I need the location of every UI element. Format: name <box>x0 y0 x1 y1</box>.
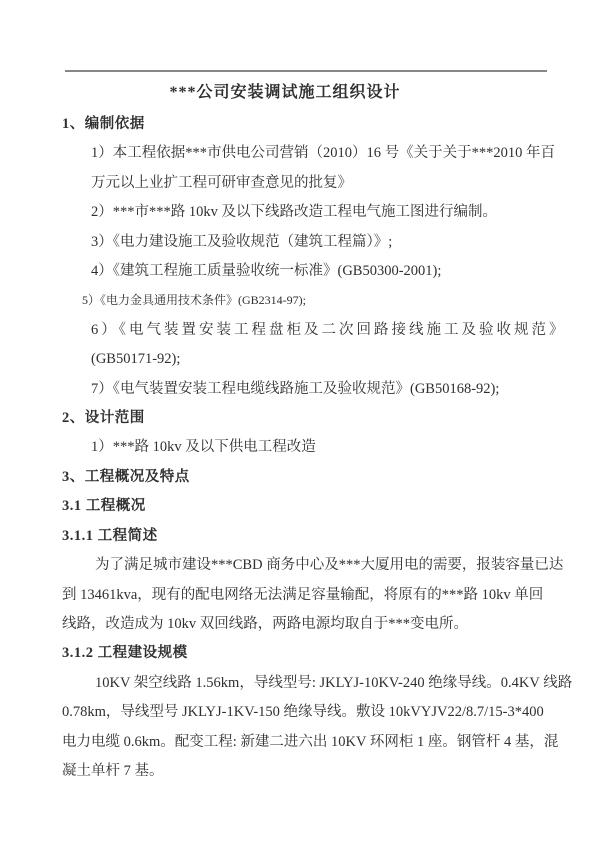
header-rule <box>65 70 547 72</box>
section-1-item-7: 7）《电气装置安装工程电缆线路施工及验收规范》(GB50168-92); <box>62 375 554 404</box>
document-title: ***公司安装调试施工组织设计 <box>40 79 530 102</box>
section-3-1-1-heading: 3.1.1 工程简述 <box>62 522 554 551</box>
section-3-1-1-paragraph-line-3: 线路，改造成为 10kv 双回线路，两路电源均取自于***变电所。 <box>62 610 554 639</box>
section-1-item-2: 2）***市***路 10kv 及以下线路改造工程电气施工图进行编制。 <box>62 198 554 227</box>
section-3-1-heading: 3.1 工程概况 <box>62 492 554 521</box>
document-page: ***公司安装调试施工组织设计 1、编制依据 1）本工程依据***市供电公司营销… <box>0 0 600 849</box>
section-1-item-5: 5）《电力金具通用技术条件》(GB2314-97); <box>62 286 554 315</box>
section-1-item-1-line-2: 万元以上业扩工程可研审查意见的批复》 <box>62 169 554 198</box>
section-1-item-6-line-1: 6）《电气装置安装工程盘柜及二次回路接线施工及验收规范》 <box>62 316 554 345</box>
section-1-item-6-line-2: (GB50171-92); <box>62 345 554 374</box>
section-3-1-2-paragraph-line-2: 0.78km，导线型号 JKLYJ-1KV-150 绝缘导线。敷设 10kVYJ… <box>62 698 554 727</box>
section-3-1-2-paragraph-line-4: 凝土单杆 7 基。 <box>62 757 554 786</box>
section-3-heading: 3、工程概况及特点 <box>62 463 554 492</box>
document-body: 1、编制依据 1）本工程依据***市供电公司营销（2010）16 号《关于关于*… <box>62 110 554 786</box>
section-3-1-1-paragraph-line-1: 为了满足城市建设***CBD 商务中心及***大厦用电的需要，报装容量已达 <box>62 551 554 580</box>
section-1-item-1-line-1: 1）本工程依据***市供电公司营销（2010）16 号《关于关于***2010 … <box>62 139 554 168</box>
section-3-1-2-heading: 3.1.2 工程建设规模 <box>62 639 554 668</box>
section-1-item-3: 3）《电力建设施工及验收规范（建筑工程篇）》; <box>62 228 554 257</box>
section-1-heading: 1、编制依据 <box>62 110 554 139</box>
section-2-heading: 2、设计范围 <box>62 404 554 433</box>
section-3-1-1-paragraph-line-2: 到 13461kva，现有的配电网络无法满足容量输配，将原有的***路 10kv… <box>62 581 554 610</box>
section-3-1-2-paragraph-line-3: 电力电缆 0.6km。配变工程: 新建二进六出 10KV 环网柜 1 座。钢管杆… <box>62 728 554 757</box>
section-1-item-4: 4）《建筑工程施工质量验收统一标准》(GB50300-2001); <box>62 257 554 286</box>
section-2-item-1: 1）***路 10kv 及以下供电工程改造 <box>62 433 554 462</box>
section-3-1-2-paragraph-line-1: 10KV 架空线路 1.56km，导线型号: JKLYJ-10KV-240 绝缘… <box>62 669 554 698</box>
